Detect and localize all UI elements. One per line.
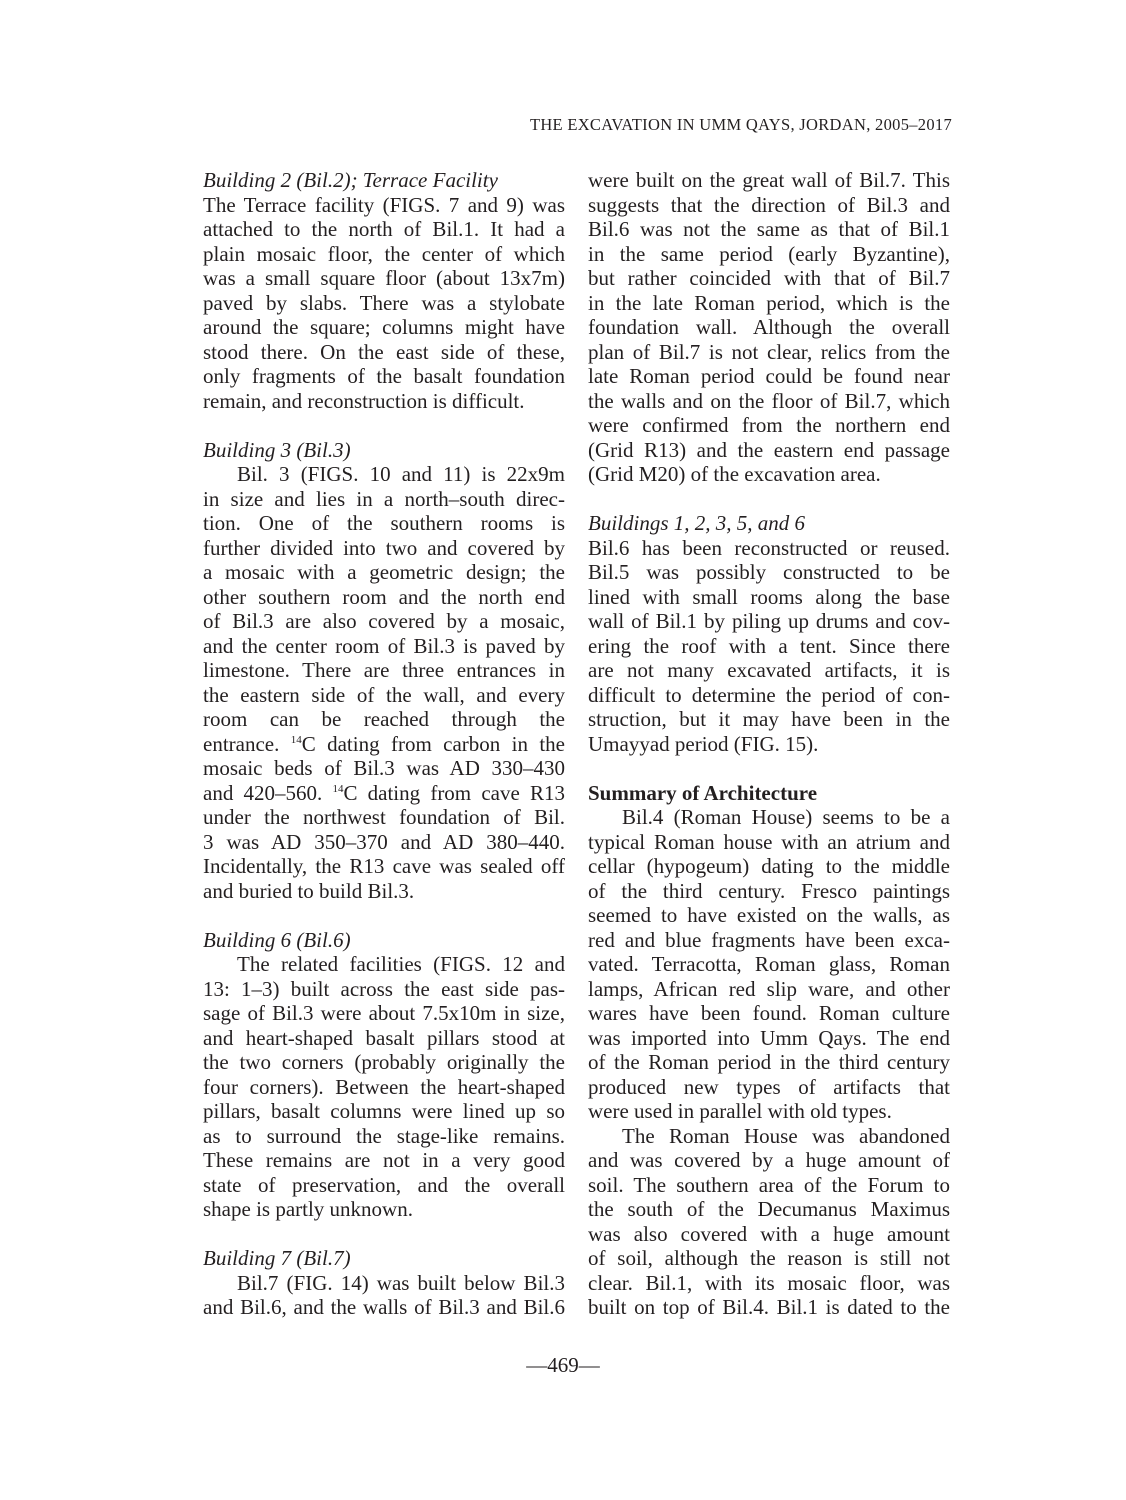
section-heading: Building 7 (Bil.7): [203, 1246, 565, 1271]
text-line: limestone. There are three entrances in: [203, 658, 565, 683]
section-buildings-1-2-3-5-6: Buildings 1, 2, 3, 5, and 6 Bil.6 has be…: [588, 511, 950, 756]
text-line: sage of Bil.3 were about 7.5x10m in size…: [203, 1001, 565, 1026]
text-line: in size and lies in a north–south direc-: [203, 487, 565, 512]
text-line: of the Roman period in the third century: [588, 1050, 950, 1075]
text-line: plain mosaic floor, the center of which: [203, 242, 565, 267]
text-line: struction, but it may have been in the: [588, 707, 950, 732]
text-line: pillars, basalt columns were lined up so: [203, 1099, 565, 1124]
left-column: Building 2 (Bil.2); Terrace Facility The…: [203, 168, 565, 1344]
text-line: of soil, although the reason is still no…: [588, 1246, 950, 1271]
section-heading: Building 3 (Bil.3): [203, 438, 565, 463]
text-line: paved by slabs. There was a stylobate: [203, 291, 565, 316]
page-number: —469—: [0, 1353, 1126, 1378]
section-heading: Building 2 (Bil.2); Terrace Facility: [203, 168, 565, 193]
text-line: are not many excavated artifacts, it is: [588, 658, 950, 683]
text-line: of the third century. Fresco paintings: [588, 879, 950, 904]
text-line: 13: 1–3) built across the east side pas-: [203, 977, 565, 1002]
text-line: seemed to have existed on the walls, as: [588, 903, 950, 928]
text-line: further divided into two and covered by: [203, 536, 565, 561]
section-summary-of-architecture: Summary of Architecture Bil.4 (Roman Hou…: [588, 781, 950, 1320]
text-line: mosaic beds of Bil.3 was AD 330–430: [203, 756, 565, 781]
text-line: typical Roman house with an atrium and: [588, 830, 950, 855]
text-line: lamps, African red slip ware, and other: [588, 977, 950, 1002]
text-line: ering the roof with a tent. Since there: [588, 634, 950, 659]
text-line: state of preservation, and the overall: [203, 1173, 565, 1198]
text-line: Umayyad period (FIG. 15).: [588, 732, 950, 757]
text-line: Incidentally, the R13 cave was sealed of…: [203, 854, 565, 879]
text-line: the two corners (probably originally the: [203, 1050, 565, 1075]
text-line: Bil. 3 (FIGS. 10 and 11) is 22x9m: [203, 462, 565, 487]
section-heading: Building 6 (Bil.6): [203, 928, 565, 953]
text-line: Bil.6 has been reconstructed or reused.: [588, 536, 950, 561]
text-line: soil. The southern area of the Forum to: [588, 1173, 950, 1198]
text-line: The Roman House was abandoned: [588, 1124, 950, 1149]
text-line: and 420–560. 14C dating from cave R13: [203, 781, 565, 806]
section-heading: Summary of Architecture: [588, 781, 950, 806]
text-line: was a small square floor (about 13x7m): [203, 266, 565, 291]
text-line: were used in parallel with old types.: [588, 1099, 950, 1124]
text-line: were built on the great wall of Bil.7. T…: [588, 168, 950, 193]
text-line: built on top of Bil.4. Bil.1 is dated to…: [588, 1295, 950, 1320]
text-line: was imported into Umm Qays. The end: [588, 1026, 950, 1051]
text-line: shape is partly unknown.: [203, 1197, 565, 1222]
text-fragment: entrance.: [203, 732, 291, 756]
text-line: Bil.5 was possibly constructed to be: [588, 560, 950, 585]
text-line: difficult to determine the period of con…: [588, 683, 950, 708]
text-fragment: C dating from carbon in the: [302, 732, 565, 756]
section-building-2: Building 2 (Bil.2); Terrace Facility The…: [203, 168, 565, 413]
text-line: the walls and on the floor of Bil.7, whi…: [588, 389, 950, 414]
text-line: and buried to build Bil.3.: [203, 879, 565, 904]
text-fragment: C dating from cave R13: [343, 781, 565, 805]
text-line: and was covered by a huge amount of: [588, 1148, 950, 1173]
text-line: remain, and reconstruction is difficult.: [203, 389, 565, 414]
text-fragment: and 420–560.: [203, 781, 332, 805]
text-line: as to surround the stage-like remains.: [203, 1124, 565, 1149]
text-line: lined with small rooms along the base: [588, 585, 950, 610]
text-line: was also covered with a huge amount: [588, 1222, 950, 1247]
text-line: red and blue fragments have been exca-: [588, 928, 950, 953]
text-line: other southern room and the north end: [203, 585, 565, 610]
text-line: The related facilities (FIGS. 12 and: [203, 952, 565, 977]
text-line: 3 was AD 350–370 and AD 380–440.: [203, 830, 565, 855]
text-line: under the northwest foundation of Bil.: [203, 805, 565, 830]
text-line: of Bil.3 are also covered by a mosaic,: [203, 609, 565, 634]
section-building-3: Building 3 (Bil.3) Bil. 3 (FIGS. 10 and …: [203, 438, 565, 904]
section-building-7: Building 7 (Bil.7) Bil.7 (FIG. 14) was b…: [203, 1246, 565, 1320]
text-line: suggests that the direction of Bil.3 and: [588, 193, 950, 218]
text-line: in the same period (early Byzantine),: [588, 242, 950, 267]
text-line: wares have been found. Roman culture: [588, 1001, 950, 1026]
text-line: attached to the north of Bil.1. It had a: [203, 217, 565, 242]
text-line: (Grid M20) of the excavation area.: [588, 462, 950, 487]
text-line: the south of the Decumanus Maximus: [588, 1197, 950, 1222]
text-line: in the late Roman period, which is the: [588, 291, 950, 316]
superscript-14: 14: [332, 783, 343, 795]
text-line: plan of Bil.7 is not clear, relics from …: [588, 340, 950, 365]
text-line: foundation wall. Although the overall: [588, 315, 950, 340]
text-line: were confirmed from the northern end: [588, 413, 950, 438]
text-line: produced new types of artifacts that: [588, 1075, 950, 1100]
right-column: were built on the great wall of Bil.7. T…: [588, 168, 950, 1344]
text-line: a mosaic with a geometric design; the: [203, 560, 565, 585]
running-head: THE EXCAVATION IN UMM QAYS, JORDAN, 2005…: [530, 115, 952, 135]
text-line: but rather coincided with that of Bil.7: [588, 266, 950, 291]
text-line: Bil.4 (Roman House) seems to be a: [588, 805, 950, 830]
text-line: vated. Terracotta, Roman glass, Roman: [588, 952, 950, 977]
text-line: four corners). Between the heart-shaped: [203, 1075, 565, 1100]
text-line: and Bil.6, and the walls of Bil.3 and Bi…: [203, 1295, 565, 1320]
section-heading: Buildings 1, 2, 3, 5, and 6: [588, 511, 950, 536]
text-line: late Roman period could be found near: [588, 364, 950, 389]
superscript-14: 14: [291, 734, 302, 746]
text-line: wall of Bil.1 by piling up drums and cov…: [588, 609, 950, 634]
text-line: entrance. 14C dating from carbon in the: [203, 732, 565, 757]
text-line: These remains are not in a very good: [203, 1148, 565, 1173]
text-line: Bil.6 was not the same as that of Bil.1: [588, 217, 950, 242]
text-line: and heart-shaped basalt pillars stood at: [203, 1026, 565, 1051]
text-line: Bil.7 (FIG. 14) was built below Bil.3: [203, 1271, 565, 1296]
text-line: clear. Bil.1, with its mosaic floor, was: [588, 1271, 950, 1296]
text-line: and the center room of Bil.3 is paved by: [203, 634, 565, 659]
section-building-7-continued: were built on the great wall of Bil.7. T…: [588, 168, 950, 487]
text-line: The Terrace facility (FIGS. 7 and 9) was: [203, 193, 565, 218]
section-building-6: Building 6 (Bil.6) The related facilitie…: [203, 928, 565, 1222]
text-line: tion. One of the southern rooms is: [203, 511, 565, 536]
text-line: cellar (hypogeum) dating to the middle: [588, 854, 950, 879]
text-line: stood there. On the east side of these,: [203, 340, 565, 365]
text-line: around the square; columns might have: [203, 315, 565, 340]
text-line: the eastern side of the wall, and every: [203, 683, 565, 708]
text-line: (Grid R13) and the eastern end passage: [588, 438, 950, 463]
text-line: room can be reached through the: [203, 707, 565, 732]
text-line: only fragments of the basalt foundation: [203, 364, 565, 389]
